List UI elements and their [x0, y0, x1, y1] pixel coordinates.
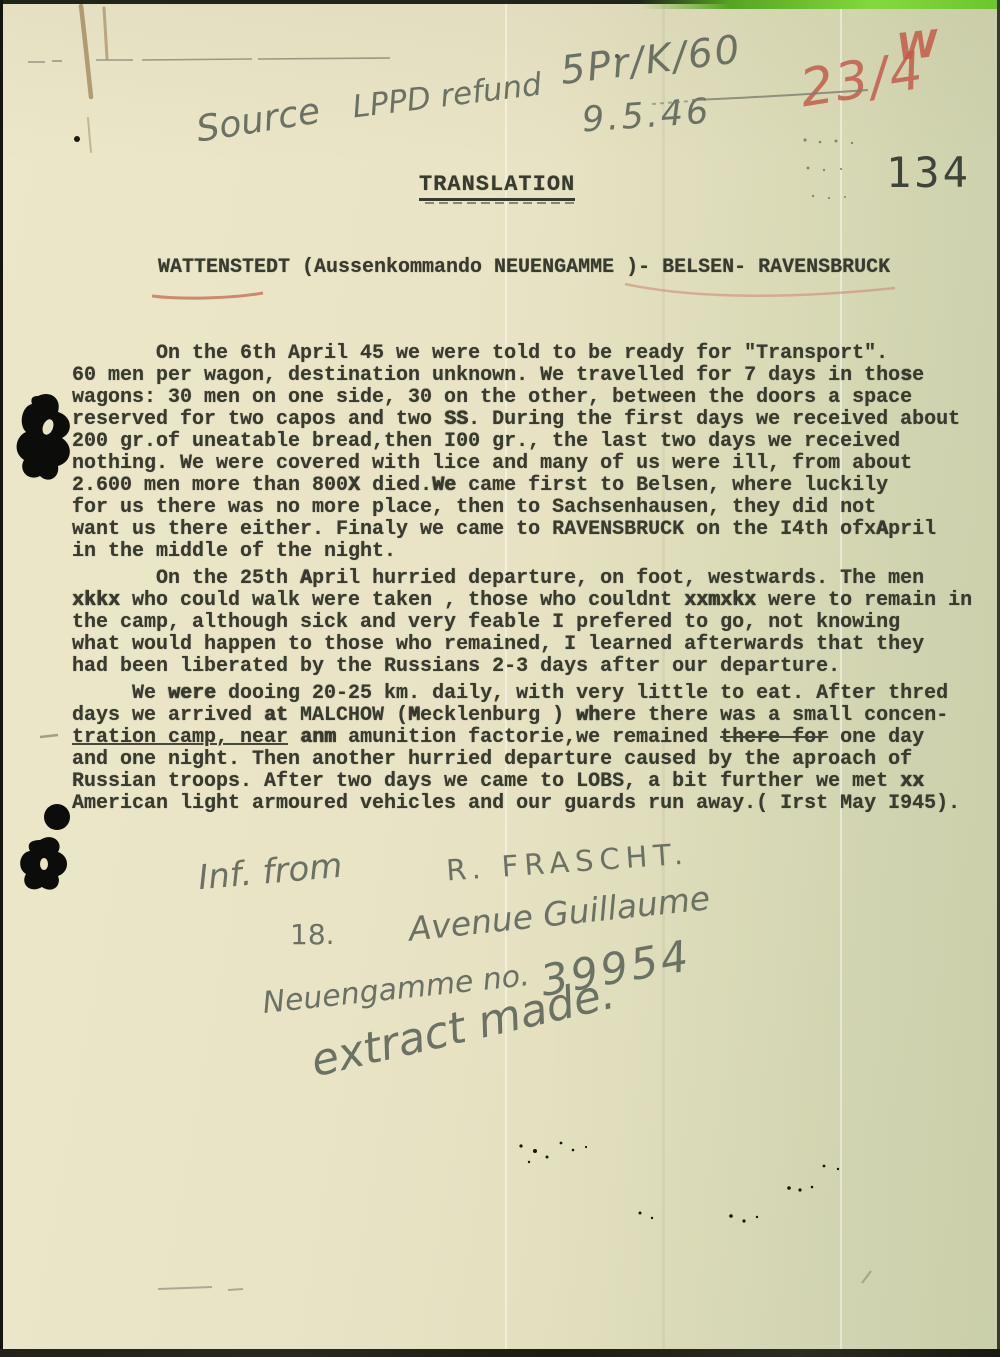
paragraph: We were dooing 20-25 km. daily, with ver… — [72, 683, 972, 815]
handwritten-w-mark: W — [895, 22, 940, 69]
ink-blot — [20, 837, 67, 890]
ink-blot — [17, 394, 70, 480]
paragraph: On the 6th April 45 we were told to be r… — [72, 343, 972, 563]
typed-line: want us there either. Finaly we came to … — [72, 519, 972, 541]
ink-blot-gap — [40, 858, 48, 870]
paragraph: On the 25th April hurried departure, on … — [72, 568, 972, 678]
typed-line: reserved for two capos and two SS. Durin… — [72, 409, 972, 431]
pencil-dots — [803, 138, 853, 199]
handwritten-house-number: 18. — [290, 918, 335, 951]
handwritten-date: 9.5.46 — [581, 92, 713, 141]
typed-line: 2.600 men more than 800X died.We came fi… — [72, 475, 972, 497]
handwritten-ppd-note: LPPD refund — [351, 67, 544, 126]
stain-streaks — [81, 6, 107, 152]
typed-line: We were dooing 20-25 km. daily, with ver… — [72, 683, 972, 705]
typed-line: wagons: 30 men on one side, 30 on the ot… — [72, 387, 972, 409]
pencil-dashes — [28, 58, 390, 62]
typed-line: 200 gr.of uneatable bread,then I00 gr., … — [72, 431, 972, 453]
typed-heading: WATTENSTEDT (Aussenkommando NEUENGAMME )… — [158, 256, 890, 279]
ink-speck — [74, 136, 80, 142]
typed-line: On the 6th April 45 we were told to be r… — [72, 343, 972, 365]
typed-body: On the 6th April 45 we were told to be r… — [72, 343, 972, 815]
ink-dot — [44, 804, 70, 830]
typed-line: had been liberated by the Russians 2-3 d… — [72, 656, 972, 678]
typed-line: days we arrived at MALCHOW (Mecklenburg … — [72, 705, 972, 727]
pencil-marks — [158, 1271, 871, 1290]
handwritten-file-reference: 5Pr/K/60 — [558, 27, 744, 94]
typed-title: TRANSLATION — [419, 172, 575, 201]
ink-blot-gap — [41, 418, 56, 436]
scan-edge-bottom — [0, 1349, 1000, 1357]
typed-line: the camp, although sick and very feable … — [72, 612, 972, 634]
typed-line: American light armoured vehicles and our… — [72, 793, 972, 815]
typed-line: tration camp, near anm amunition factori… — [72, 727, 972, 749]
page-number-stamp: 134 — [886, 148, 971, 197]
document-scan: TRANSLATION 134 WATTENSTEDT (Aussenkomma… — [0, 0, 1000, 1357]
typed-line: On the 25th April hurried departure, on … — [72, 568, 972, 590]
handwritten-inf-from: Inf. from — [197, 846, 344, 898]
typed-line: 60 men per wagon, destination unknown. W… — [72, 365, 972, 387]
pencil-dash — [40, 735, 58, 737]
typed-line: and one night. Then another hurried depa… — [72, 749, 972, 771]
typed-line: Russian troops. After two days we came t… — [72, 771, 972, 793]
speckles — [519, 1142, 839, 1223]
typed-line: in the middle of the night. — [72, 541, 972, 563]
typed-line: for us there was no more place, then to … — [72, 497, 972, 519]
typed-line: what would happen to those who remained,… — [72, 634, 972, 656]
typed-line: nothing. We were covered with lice and m… — [72, 453, 972, 475]
red-swoosh — [625, 284, 895, 296]
red-underline — [152, 293, 263, 298]
typed-line: xkkx who could walk were taken , those w… — [72, 590, 972, 612]
handwritten-informant-name: R. FRASCHT. — [445, 837, 690, 888]
scan-edge-green — [640, 0, 1000, 9]
scan-edge-left — [0, 0, 3, 1357]
handwritten-source-note: Source — [194, 91, 323, 151]
